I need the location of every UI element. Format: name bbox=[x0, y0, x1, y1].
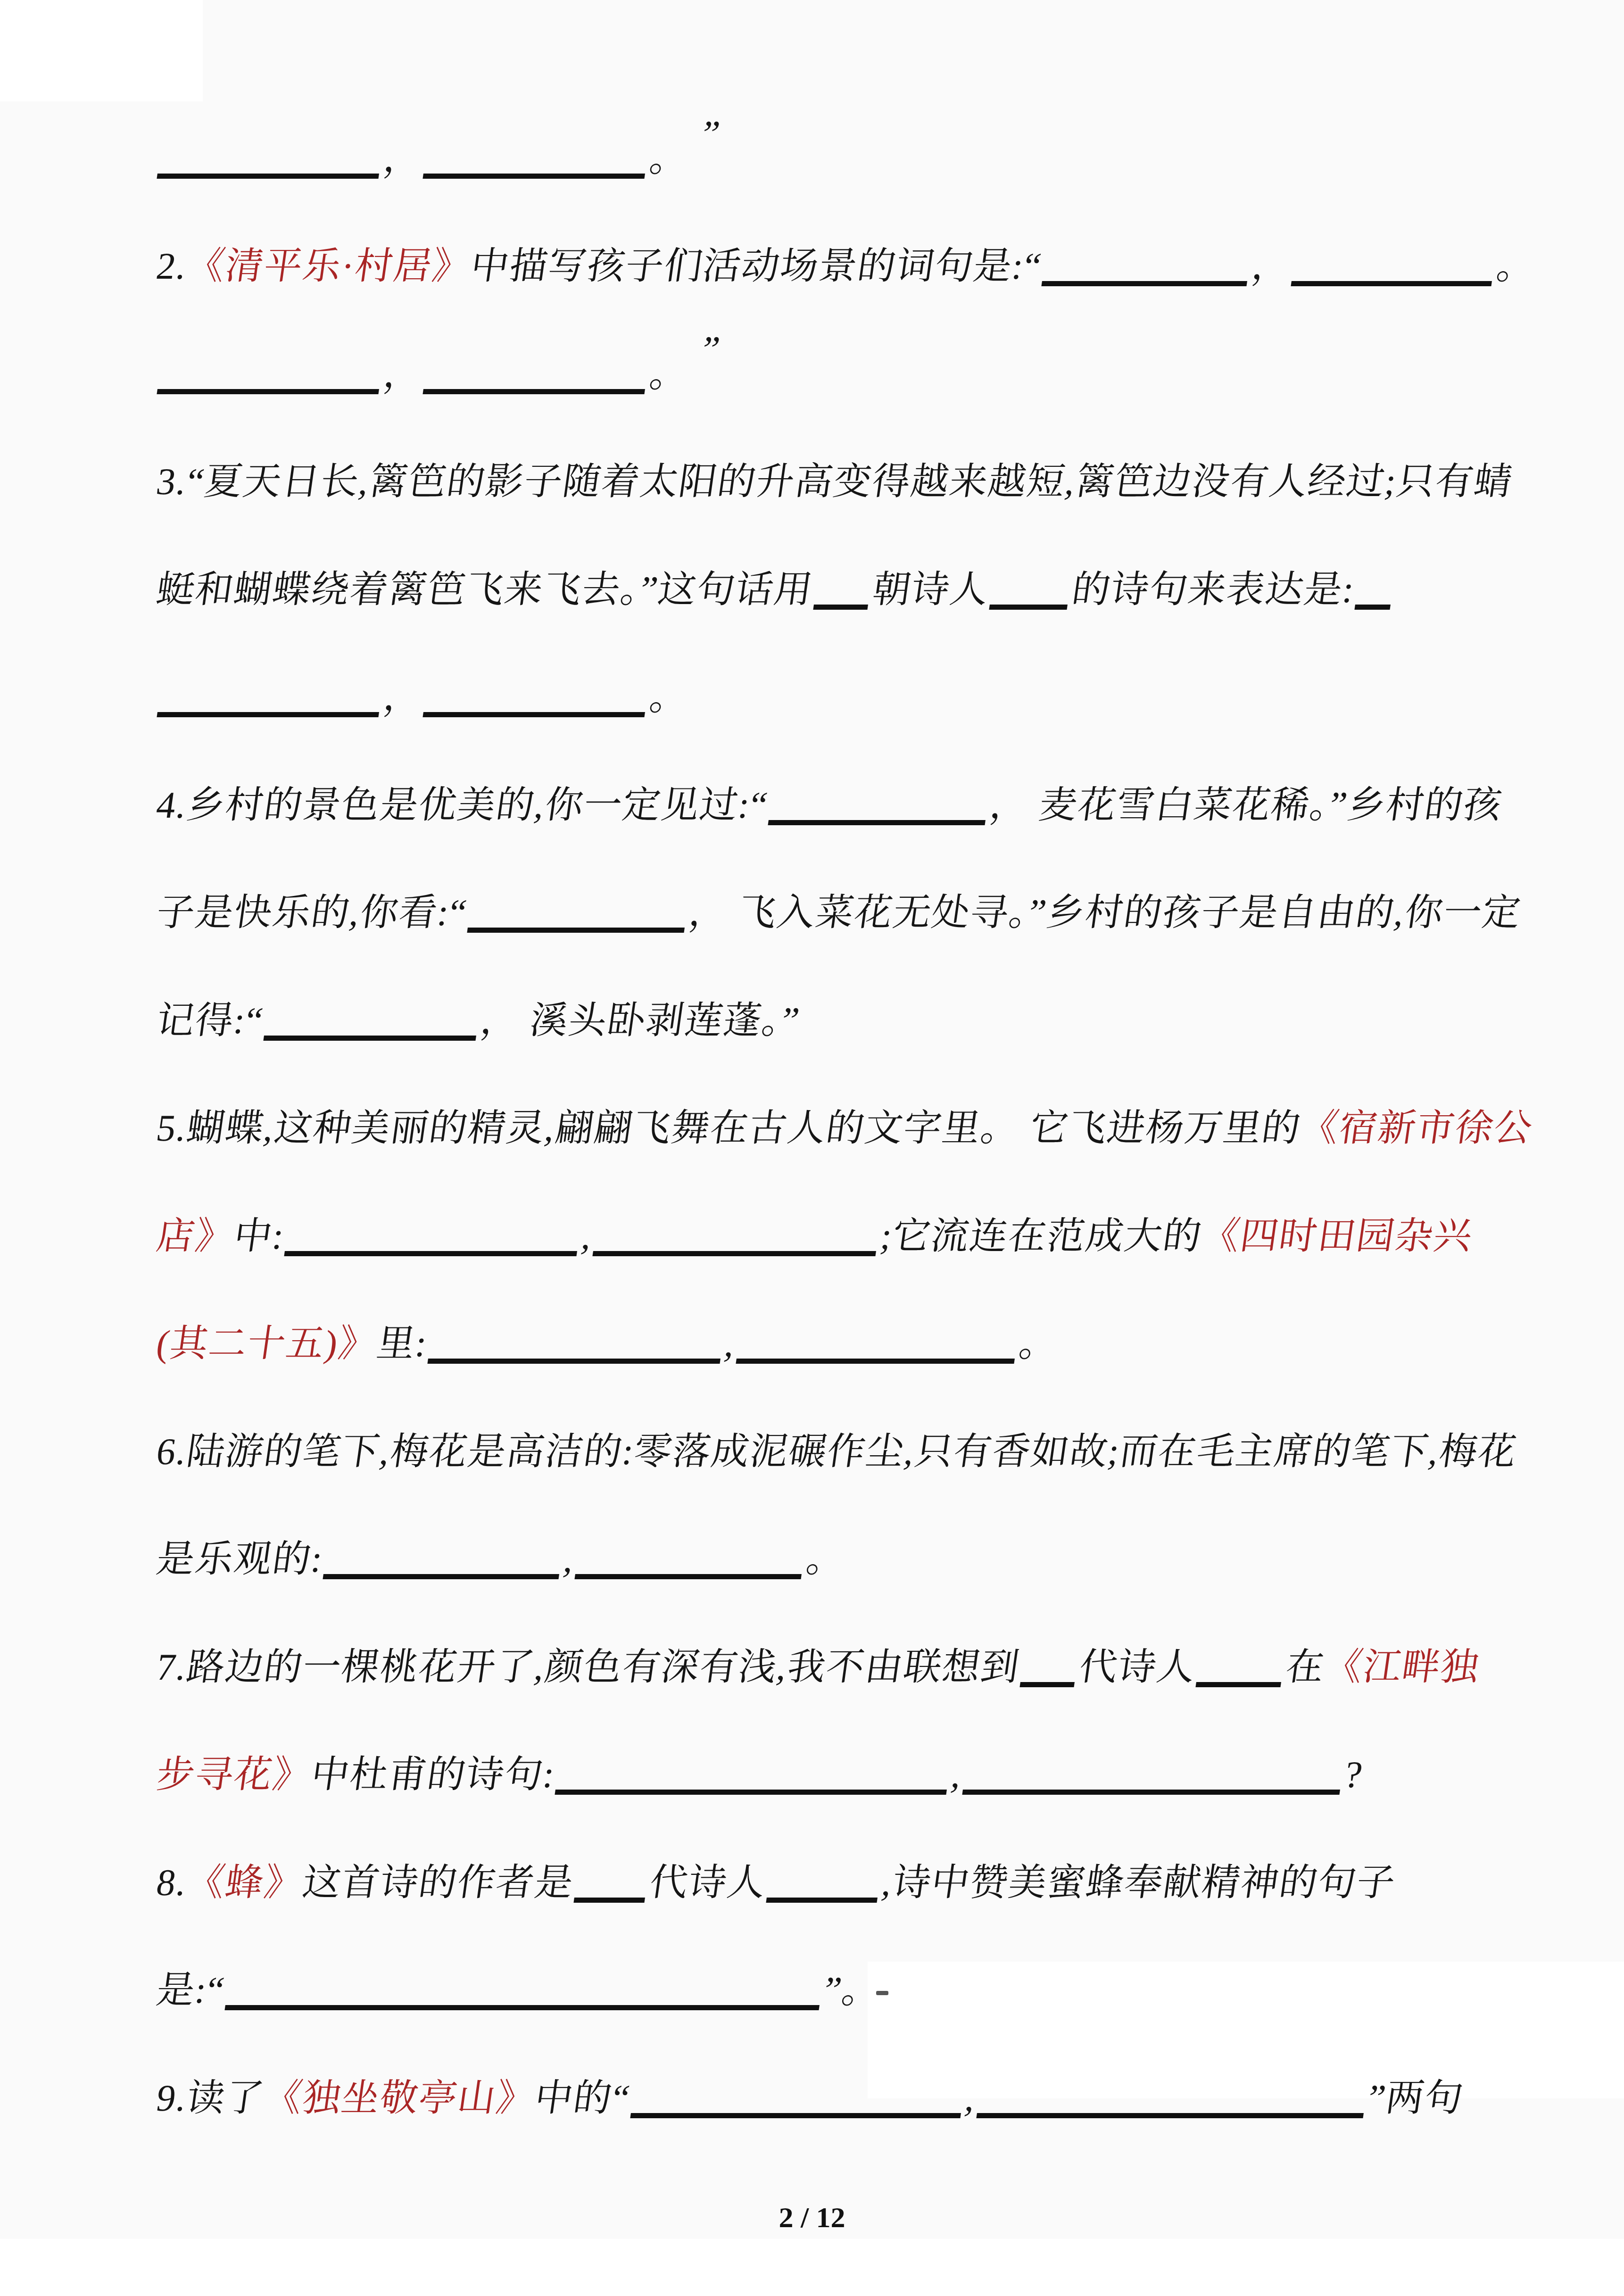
fill-in-blank bbox=[593, 1213, 882, 1256]
text-run: ， 溪头卧剥莲蓬。” bbox=[478, 1000, 803, 1042]
text-run: 7.路边的一棵桃花开了,颜色有深有浅,我不由联想到 bbox=[154, 1647, 1022, 1688]
fill-in-blank bbox=[630, 2075, 966, 2118]
q2-line-1: 2.《清平乐·村居》中描写孩子们活动场景的词句是:“，。 bbox=[153, 242, 1539, 291]
fill-in-blank bbox=[573, 1860, 650, 1903]
text-run: 中的“ bbox=[532, 2078, 633, 2119]
text-run: 。 bbox=[804, 1539, 848, 1580]
text-run: ， bbox=[381, 354, 425, 395]
text-run: ? bbox=[1342, 1754, 1366, 1796]
book-title: 《清平乐·村居》 bbox=[184, 246, 474, 287]
book-title: 店》 bbox=[154, 1216, 237, 1257]
q4-line-2: 子是快乐的,你看:“， 飞入菜花无处寻。”乡村的孩子是自由的,你一定 bbox=[153, 888, 1525, 937]
fill-in-blank bbox=[1354, 567, 1396, 610]
text-run: 的诗句来表达是: bbox=[1069, 569, 1358, 611]
q3-line-1: 3.“夏天日长,篱笆的影子随着太阳的升高变得越来越短,篱笆边没有人经过;只有蜻 bbox=[153, 457, 1516, 506]
scan-white-patch bbox=[0, 0, 203, 101]
document-page: ，。”2.《清平乐·村居》中描写孩子们活动场景的词句是:“，。，。”3.“夏天日… bbox=[0, 0, 1624, 2296]
fill-in-blank bbox=[157, 674, 384, 717]
q3-line-2: 蜓和蝴蝶绕着篱笆飞来飞去。”这句话用朝诗人的诗句来表达是: bbox=[153, 565, 1399, 614]
fill-in-blank bbox=[1195, 1644, 1286, 1687]
text-run: 6.陆游的笔下,梅花是高洁的:零落成泥碾作尘,只有香如故;而在毛主席的笔下,梅花 bbox=[154, 1431, 1520, 1473]
text-run: 代诗人 bbox=[647, 1862, 769, 1904]
text-run: 里: bbox=[374, 1323, 430, 1365]
text-run: ， 麦花雪白菜花稀。”乡村的孩 bbox=[987, 785, 1505, 826]
fill-in-blank bbox=[768, 782, 991, 825]
text-run: 蜓和蝴蝶绕着篱笆飞来飞去。”这句话用 bbox=[154, 569, 816, 611]
text-run: ” bbox=[699, 325, 723, 374]
fill-in-blank bbox=[224, 1967, 825, 2010]
text-run: 中描写孩子们活动场景的词句是:“ bbox=[468, 246, 1044, 287]
q3-line-3-blanks: ，。 bbox=[153, 673, 692, 722]
book-title: 《蜂》 bbox=[184, 1862, 306, 1904]
fill-in-blank bbox=[284, 1213, 583, 1256]
text-run: 。 bbox=[647, 138, 691, 180]
text-run: 。 bbox=[647, 354, 691, 395]
text-run: 中杜甫的诗句: bbox=[308, 1754, 558, 1796]
q6-line-2: 是乐观的:,。 bbox=[153, 1535, 849, 1584]
text-run: 在 bbox=[1283, 1647, 1327, 1688]
text-run: 。 bbox=[647, 677, 691, 718]
fill-in-blank bbox=[1291, 243, 1498, 286]
text-run: ” bbox=[699, 110, 723, 159]
text-run: ， 飞入菜花无处寻。”乡村的孩子是自由的,你一定 bbox=[687, 892, 1524, 934]
book-title: (其二十五)》 bbox=[154, 1323, 380, 1365]
scan-white-patch bbox=[0, 2239, 1624, 2296]
book-title: 《江畔独 bbox=[1322, 1647, 1482, 1688]
text-run: 4.乡村的景色是优美的,你一定见过:“ bbox=[154, 785, 771, 826]
book-title: 步寻花》 bbox=[154, 1754, 314, 1796]
text-run: ， bbox=[381, 677, 425, 718]
text-run: 5.蝴蝶,这种美丽的精灵,翩翩飞舞在古人的文字里。 它飞进杨万里的 bbox=[154, 1108, 1303, 1149]
text-run: 子是快乐的,你看:“ bbox=[154, 892, 470, 934]
fill-in-blank bbox=[323, 1536, 565, 1579]
text-run: 3.“夏天日长,篱笆的影子随着太阳的升高变得越来越短,篱笆边没有人经过;只有蜻 bbox=[154, 461, 1516, 503]
text-run: 这首诗的作者是 bbox=[300, 1862, 576, 1904]
text-run: 代诗人 bbox=[1077, 1647, 1198, 1688]
fill-in-blank bbox=[423, 136, 650, 179]
fill-in-blank bbox=[157, 351, 384, 394]
text-run: ”。 bbox=[821, 1970, 884, 2011]
q7-line-2: 步寻花》中杜甫的诗句:,? bbox=[153, 1750, 1366, 1799]
fill-in-blank bbox=[423, 351, 650, 394]
q8-line-2: 是:“”。 bbox=[153, 1966, 884, 2015]
text-run: 记得:“ bbox=[154, 1000, 266, 1042]
fill-in-blank bbox=[263, 998, 481, 1041]
fill-in-blank bbox=[423, 674, 650, 717]
fill-in-blank bbox=[976, 2075, 1369, 2118]
fill-in-blank bbox=[427, 1321, 726, 1364]
text-run: 朝诗人 bbox=[870, 569, 992, 611]
book-title: 《四时田园杂兴 bbox=[1199, 1216, 1475, 1257]
text-run: 。 bbox=[1017, 1323, 1061, 1365]
text-run: ， bbox=[381, 138, 425, 180]
fill-in-blank bbox=[157, 136, 384, 179]
fill-in-blank bbox=[1019, 1644, 1080, 1687]
text-run: ,诗中赞美蜜蜂奉献精神的句子 bbox=[879, 1862, 1398, 1904]
fill-in-blank bbox=[736, 1321, 1020, 1364]
text-run: 中: bbox=[231, 1216, 287, 1257]
fill-in-blank bbox=[989, 567, 1073, 610]
stray-mark bbox=[876, 1991, 888, 1995]
q7-line-1: 7.路边的一棵桃花开了,颜色有深有浅,我不由联想到代诗人在《江畔独 bbox=[153, 1643, 1483, 1692]
text-run: ， bbox=[1249, 246, 1293, 287]
fill-in-blank bbox=[962, 1752, 1346, 1795]
q2-line-2-blanks: ，。” bbox=[153, 350, 720, 399]
text-run: 。 bbox=[1494, 246, 1538, 287]
page-number: 2 / 12 bbox=[0, 2201, 1624, 2235]
text-run: ”两句 bbox=[1366, 2078, 1467, 2119]
text-run: 9.读了 bbox=[154, 2078, 267, 2119]
q1-continuation-blanks: ，。” bbox=[153, 134, 720, 183]
text-run: ;它流连在范成大的 bbox=[878, 1216, 1205, 1257]
q5-line-1: 5.蝴蝶,这种美丽的精灵,翩翩飞舞在古人的文字里。 它飞进杨万里的《宿新市徐公 bbox=[153, 1104, 1536, 1153]
fill-in-blank bbox=[1042, 243, 1253, 286]
text-run: 是:“ bbox=[154, 1970, 227, 2011]
book-title: 《独坐敬亭山》 bbox=[261, 2078, 538, 2119]
q5-line-3: (其二十五)》里:,。 bbox=[153, 1319, 1061, 1368]
book-title: 《宿新市徐公 bbox=[1298, 1108, 1535, 1149]
text-run: 是乐观的: bbox=[154, 1539, 326, 1580]
q8-line-1: 8.《蜂》这首诗的作者是代诗人,诗中赞美蜜蜂奉献精神的句子 bbox=[153, 1858, 1399, 1907]
fill-in-blank bbox=[467, 890, 690, 933]
fill-in-blank bbox=[575, 1536, 807, 1579]
fill-in-blank bbox=[766, 1860, 883, 1903]
q4-line-1: 4.乡村的景色是优美的,你一定见过:“， 麦花雪白菜花稀。”乡村的孩 bbox=[153, 781, 1506, 830]
fill-in-blank bbox=[555, 1752, 953, 1795]
q9-line-1: 9.读了《独坐敬亭山》中的“,”两句 bbox=[153, 2074, 1467, 2123]
fill-in-blank bbox=[813, 567, 873, 610]
q4-line-3: 记得:“， 溪头卧剥莲蓬。” bbox=[153, 996, 803, 1045]
q6-line-1: 6.陆游的笔下,梅花是高洁的:零落成泥碾作尘,只有香如故;而在毛主席的笔下,梅花 bbox=[153, 1427, 1520, 1476]
q5-line-2: 店》中:,;它流连在范成大的《四时田园杂兴 bbox=[153, 1212, 1476, 1261]
